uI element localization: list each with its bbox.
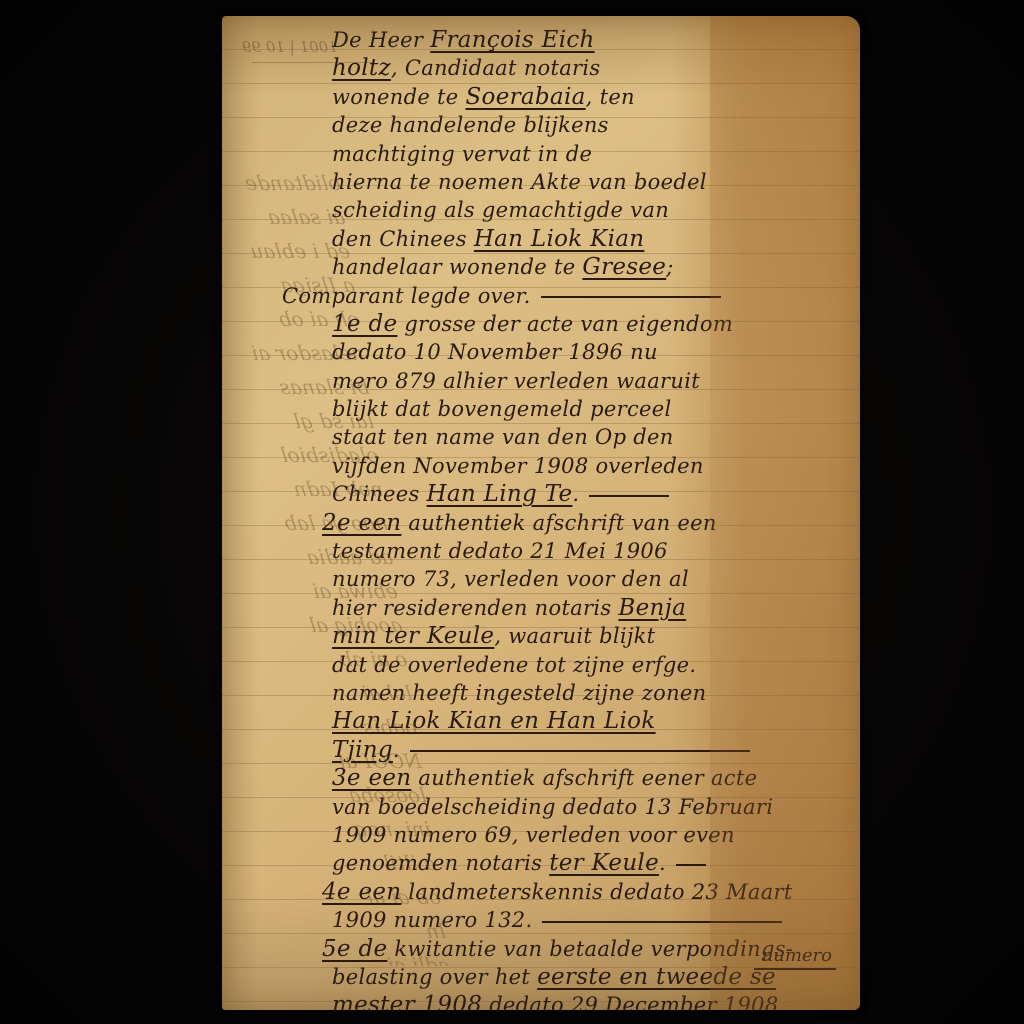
text-line: De Heer François Eich	[332, 26, 852, 54]
text-line: dedato 10 November 1896 nu	[332, 338, 852, 366]
line-text: Comparant legde over.	[282, 284, 531, 308]
line-text-after: , waaruit blijkt	[494, 624, 655, 648]
text-line: hierna te noemen Akte van boedel	[332, 168, 852, 196]
line-text: hierna te noemen Akte van boedel	[332, 170, 707, 194]
text-line: hier residerenden notaris Benja	[332, 594, 852, 622]
text-line: scheiding als gemachtigde van	[332, 196, 852, 224]
underlined-name: holtz	[332, 55, 391, 81]
manuscript-page: 1001 | 10 99 olidtandeai salaaed i eblau…	[222, 16, 860, 1010]
underlined-name: eerste en tweede se	[537, 964, 776, 990]
line-text: vijfden November 1908 overleden	[332, 454, 704, 478]
text-line: numero 73, verleden voor den al	[332, 565, 852, 593]
line-text: hier residerenden notaris	[332, 596, 618, 620]
text-line: Comparant legde over.	[282, 282, 852, 310]
underlined-name: Han Liok Kian en Han Liok	[332, 708, 656, 734]
line-text-after: , Candidaat notaris	[391, 56, 601, 80]
line-text: Chinees	[332, 482, 427, 506]
fill-rule	[676, 864, 706, 866]
line-text-after: grosse der acte van eigendom	[397, 312, 733, 336]
underlined-name: 5e de	[322, 936, 387, 962]
underlined-name: 3e een	[332, 765, 411, 791]
text-line: Han Liok Kian en Han Liok	[332, 707, 852, 735]
text-line: machtiging vervat in de	[332, 140, 852, 168]
text-line: mester 1908 dedato 29 December 1908	[332, 991, 852, 1010]
text-line: min ter Keule, waaruit blijkt	[332, 622, 852, 650]
line-text-after: .	[659, 851, 666, 875]
text-line: blijkt dat bovengemeld perceel	[332, 395, 852, 423]
text-line: 1e de grosse der acte van eigendom	[332, 310, 852, 338]
text-line: 3e een authentiek afschrift eener acte	[332, 764, 852, 792]
underlined-name: 2e een	[322, 510, 401, 536]
line-text-after: authentiek afschrift van een	[401, 511, 716, 535]
line-text: scheiding als gemachtigde van	[332, 198, 669, 222]
text-line: genoemden notaris ter Keule.	[332, 849, 852, 877]
photo-stage: 1001 | 10 99 olidtandeai salaaed i eblau…	[0, 0, 1024, 1024]
line-text: numero 73, verleden voor den al	[332, 567, 689, 591]
line-text: mero 879 alhier verleden waaruit	[332, 369, 700, 393]
text-line: 2e een authentiek afschrift van een	[322, 509, 852, 537]
handwritten-text: De Heer François Eichholtz, Candidaat no…	[332, 26, 852, 1010]
line-text-after: .	[572, 482, 579, 506]
text-line: 4e een landmeterskennis dedato 23 Maart	[322, 878, 852, 906]
bleed-line: ai salaa	[222, 200, 347, 234]
fill-rule	[541, 296, 721, 298]
line-text: De Heer	[332, 28, 430, 52]
underlined-name: Tjing	[332, 737, 393, 763]
line-text: dat de overledene tot zijne erfge.	[332, 653, 696, 677]
text-line: Tjing.	[332, 736, 852, 764]
line-text: dedato 10 November 1896 nu	[332, 340, 658, 364]
text-line: wonende te Soerabaia, ten	[332, 83, 852, 111]
text-line: deze handelende blijkens	[332, 111, 852, 139]
text-line: staat ten name van den Op den	[332, 423, 852, 451]
underlined-name: Benja	[618, 595, 686, 621]
line-text: van boedelscheiding dedato 13 Februari	[332, 795, 773, 819]
underlined-name: Gresee	[582, 254, 666, 280]
underlined-name: Han Ling Te	[427, 481, 573, 507]
line-text: staat ten name van den Op den	[332, 425, 674, 449]
line-text: testament dedato 21 Mei 1906	[332, 539, 668, 563]
text-line: van boedelscheiding dedato 13 Februari	[332, 793, 852, 821]
line-text: 1909 numero 132.	[332, 908, 532, 932]
catchword: numero	[754, 945, 836, 970]
underlined-name: ter Keule	[549, 850, 659, 876]
underlined-name: François Eich	[430, 27, 594, 53]
text-line: 1909 numero 132.	[332, 906, 852, 934]
underlined-name: Soerabaia	[465, 84, 585, 110]
underlined-name: 4e een	[322, 879, 401, 905]
line-text: belasting over het	[332, 965, 537, 989]
line-text: handelaar wonende te	[332, 255, 582, 279]
line-text: den Chinees	[332, 227, 474, 251]
underlined-name: min ter Keule	[332, 623, 494, 649]
underlined-name: Han Liok Kian	[474, 226, 645, 252]
text-line: vijfden November 1908 overleden	[332, 452, 852, 480]
bleed-line: olidtande	[222, 166, 343, 200]
line-text-after: authentiek afschrift eener acte	[411, 766, 757, 790]
text-line: 1909 numero 69, verleden voor even	[332, 821, 852, 849]
margin-note: 1001 | 10 99	[242, 38, 338, 56]
text-line: den Chinees Han Liok Kian	[332, 225, 852, 253]
text-line: namen heeft ingesteld zijne zonen	[332, 679, 852, 707]
line-text: blijkt dat bovengemeld perceel	[332, 397, 672, 421]
fill-rule	[589, 495, 669, 497]
text-line: handelaar wonende te Gresee;	[332, 253, 852, 281]
line-text: wonende te	[332, 85, 465, 109]
fill-rule	[410, 750, 750, 752]
line-text: 1909 numero 69, verleden voor even	[332, 823, 735, 847]
line-text-after: .	[393, 738, 400, 762]
line-text-after: ;	[666, 255, 673, 279]
line-text-after: landmeterskennis dedato 23 Maart	[401, 880, 792, 904]
underlined-name: 1e de	[332, 311, 397, 337]
text-line: mero 879 alhier verleden waaruit	[332, 367, 852, 395]
fill-rule	[542, 921, 782, 923]
text-line: dat de overledene tot zijne erfge.	[332, 651, 852, 679]
line-text-after: dedato 29 December 1908	[482, 993, 778, 1010]
text-line: testament dedato 21 Mei 1906	[332, 537, 852, 565]
line-text: deze handelende blijkens	[332, 113, 609, 137]
underlined-name: mester 1908	[332, 992, 482, 1010]
line-text-after: kwitantie van betaalde verpondings-	[387, 937, 793, 961]
line-text-after: , ten	[586, 85, 635, 109]
text-line: Chinees Han Ling Te.	[332, 480, 852, 508]
text-line: holtz, Candidaat notaris	[332, 54, 852, 82]
line-text: genoemden notaris	[332, 851, 549, 875]
line-text: namen heeft ingesteld zijne zonen	[332, 681, 706, 705]
line-text: machtiging vervat in de	[332, 142, 592, 166]
